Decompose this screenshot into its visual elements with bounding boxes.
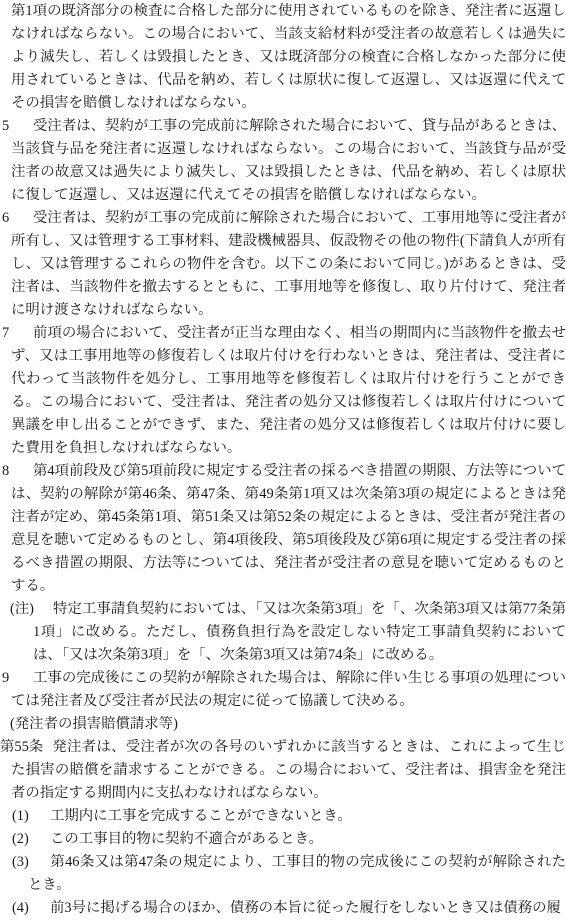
note-paragraph: (注)特定工事請負契約においては、「又は次条第3項」を「、次条第3項又は第77条… [0,598,566,667]
section-heading: (発注者の損害賠償請求等) [0,713,566,736]
paragraph-number: 9 [2,667,33,690]
item-text: 第46条又は第47条の規定により、工事目的物の完成後にこの契約が解除されたとき。 [28,854,566,893]
item-number: (3) [12,851,50,874]
list-item-3: (3)第46条又は第47条の規定により、工事目的物の完成後にこの契約が解除された… [0,851,566,897]
document-page: 第1項の既済部分の検査に合格した部分に使用されているものを除き、発注者に返還しな… [0,0,566,921]
section-heading-text: (発注者の損害賠償請求等) [10,716,178,732]
list-item-1: (1)工期内に工事を完成することができないとき。 [0,805,566,828]
item-text: 工期内に工事を完成することができないとき。 [50,808,352,824]
item-number: (4) [12,897,50,920]
paragraph-continuation: 第1項の既済部分の検査に合格した部分に使用されているものを除き、発注者に返還しな… [0,0,566,115]
list-item-4: (4)前3号に掲げる場合のほか、債務の本旨に従った履行をしないとき又は債務の履 [0,897,566,920]
item-number: (2) [12,828,50,851]
paragraph-6: 6受注者は、契約が工事の完成前に解除された場合において、工事用地等に受注者が所有… [0,207,566,322]
item-number: (1) [12,805,50,828]
paragraph-5: 5受注者は、契約が工事の完成前に解除された場合において、貸与品があるときは、当該… [0,115,566,207]
paragraph-text: 前項の場合において、受注者が正当な理由なく、相当の期間内に当該物件を撤去せず、又… [11,325,566,456]
note-marker: (注) [10,598,53,621]
paragraph-9: 9工事の完成後にこの契約が解除された場合は、解除に伴い生じる事項の処理については… [0,667,566,713]
item-text: この工事目的物に契約不適合があるとき。 [50,831,323,847]
paragraph-number: 8 [2,460,33,483]
paragraph-text: 受注者は、契約が工事の完成前に解除された場合において、貸与品があるときは、当該貸… [11,118,566,203]
list-item-2: (2)この工事目的物に契約不適合があるとき。 [0,828,566,851]
paragraph-7: 7前項の場合において、受注者が正当な理由なく、相当の期間内に当該物件を撤去せず、… [0,322,566,460]
article-text: 発注者は、受注者が次の各号のいずれかに該当するときは、これによって生じた損害の賠… [11,739,566,801]
article-number: 第55条 [0,736,52,759]
paragraph-text: 受注者は、契約が工事の完成前に解除された場合において、工事用地等に受注者が所有し… [11,210,566,318]
note-text: 特定工事請負契約においては、「又は次条第3項」を「、次条第3項又は第77条第1項… [33,601,566,663]
paragraph-8: 8第4項前段及び第5項前段に規定する受注者の採るべき措置の期限、方法等については… [0,460,566,598]
paragraph-text: 第1項の既済部分の検査に合格した部分に使用されているものを除き、発注者に返還しな… [11,3,566,111]
paragraph-text: 工事の完成後にこの契約が解除された場合は、解除に伴い生じる事項の処理については発… [11,670,566,709]
paragraph-number: 6 [2,207,33,230]
paragraph-number: 5 [2,115,33,138]
paragraph-number: 7 [2,322,33,345]
item-text: 前3号に掲げる場合のほか、債務の本旨に従った履行をしないとき又は債務の履 [50,900,561,916]
article-55: 第55条発注者は、受注者が次の各号のいずれかに該当するときは、これによって生じた… [0,736,566,805]
paragraph-text: 第4項前段及び第5項前段に規定する受注者の採るべき措置の期限、方法等については、… [11,463,566,594]
